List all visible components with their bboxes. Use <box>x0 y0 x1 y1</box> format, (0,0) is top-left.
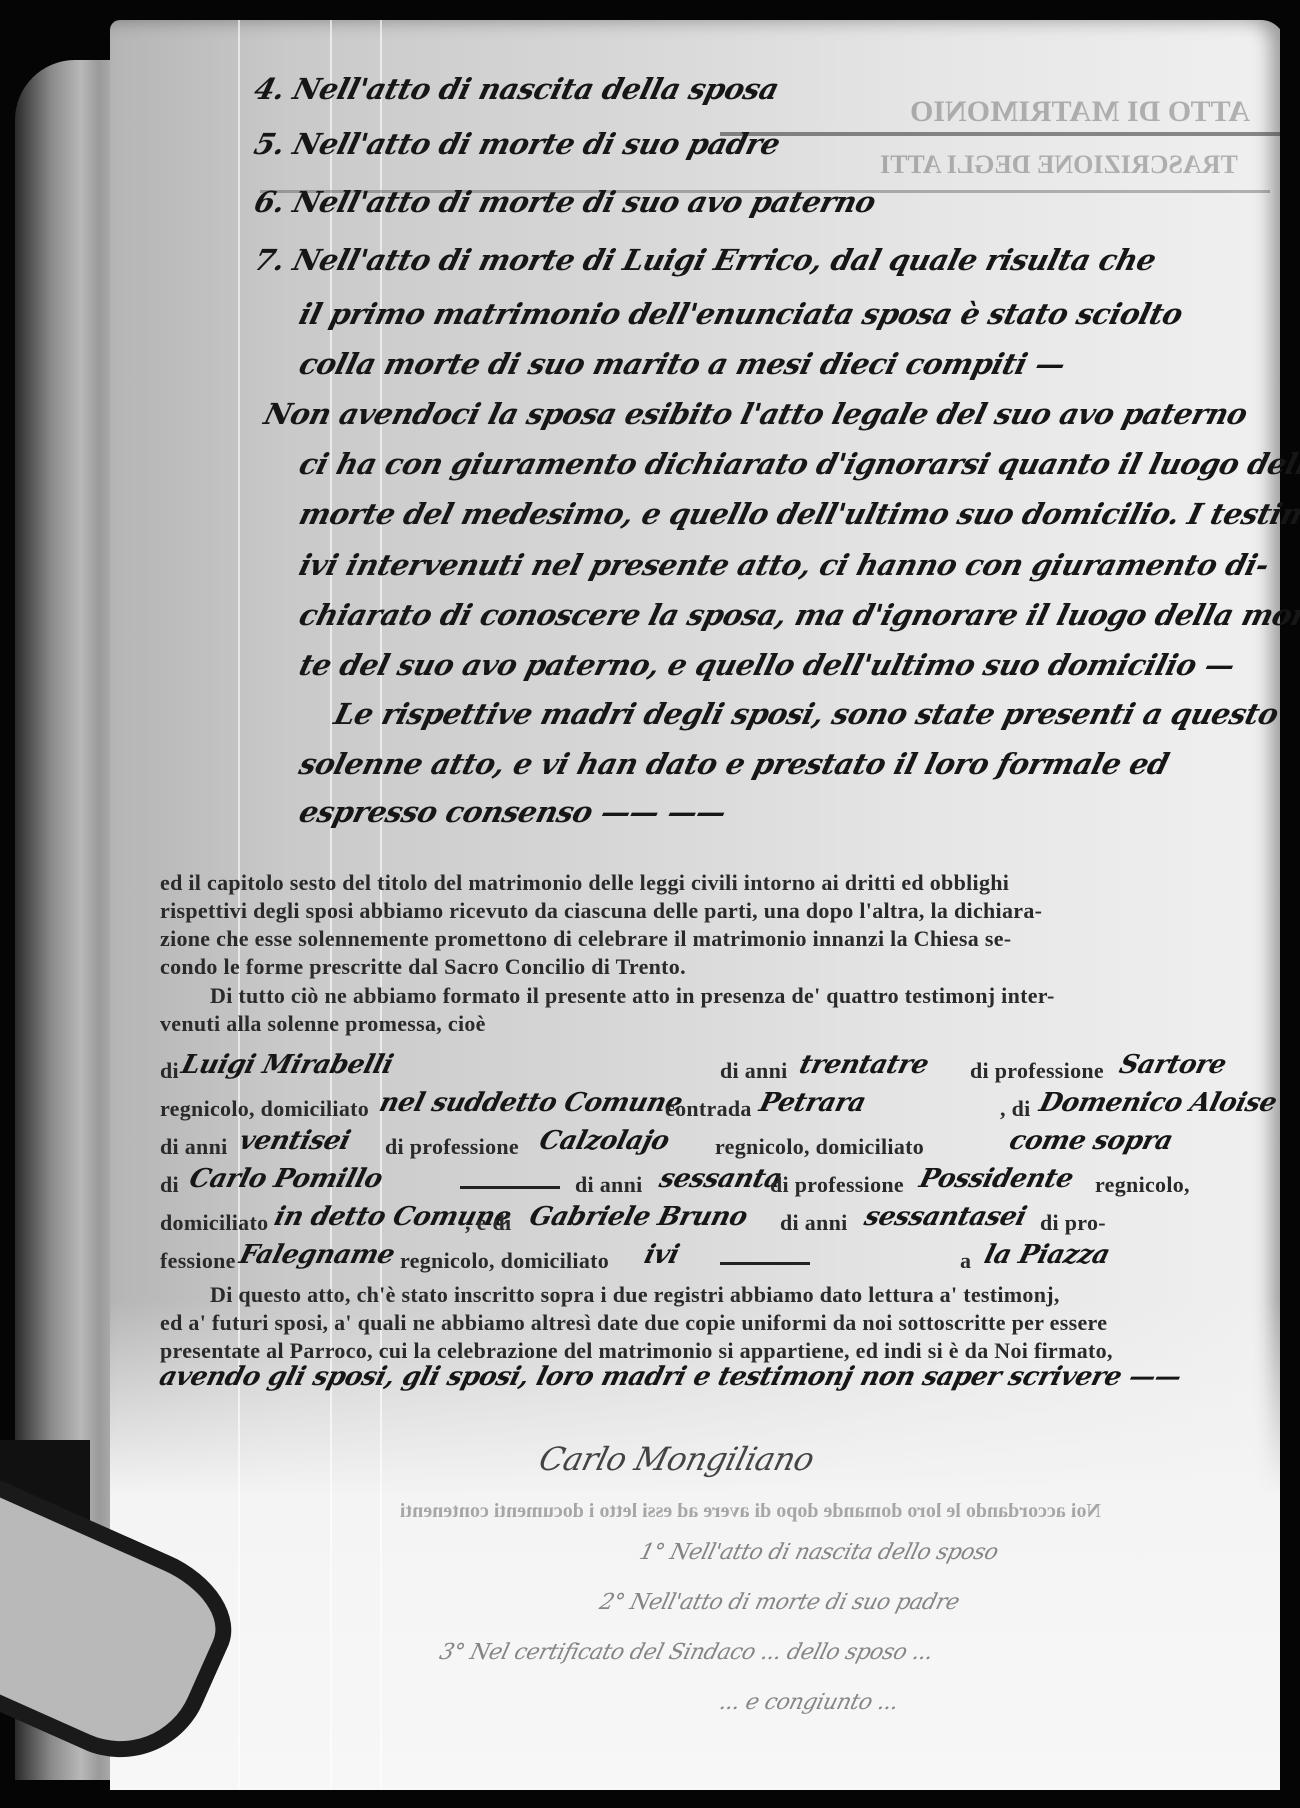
witness-street: Petrara <box>756 1088 868 1118</box>
handwritten-continuation: colla morte di suo marito a mesi dieci c… <box>296 347 1069 381</box>
witness-name: Carlo Pomillo <box>186 1164 385 1194</box>
witness-address: nel suddetto Comune <box>376 1088 685 1118</box>
witness-age: trentatre <box>796 1050 931 1080</box>
fill-line <box>720 1262 810 1265</box>
handwritten-line: Non avendoci la sposa esibito l'atto leg… <box>261 397 1251 431</box>
handwritten-item: 6. Nell'atto di morte di suo avo paterno <box>251 185 879 219</box>
handwritten-line: te del suo avo paterno, e quello dell'ul… <box>296 648 1238 682</box>
bleed-handwritten-line: 1° Nell'atto di nascita dello sposo <box>637 1540 1001 1565</box>
handwritten-line: espresso consenso —— —— <box>296 795 730 829</box>
bleed-handwritten-line: ... e congiunto ... <box>717 1690 901 1715</box>
handwritten-closing-note: avendo gli sposi, gli sposi, loro madri … <box>156 1362 1184 1392</box>
right-shadow <box>1280 0 1300 1808</box>
printed-line: condo le forme prescritte dal Sacro Conc… <box>160 954 686 980</box>
handwritten-item: 5. Nell'atto di morte di suo padre <box>251 127 784 161</box>
fill-line <box>460 1186 560 1189</box>
witness-profession: Sartore <box>1116 1050 1229 1080</box>
witness-address: come sopra <box>1006 1126 1175 1156</box>
printed-line: Di questo atto, ch'è stato inscritto sop… <box>210 1282 1060 1308</box>
handwritten-line: morte del medesimo, e quello dell'ultimo… <box>296 497 1300 531</box>
printed-line: venuti alla solenne promessa, cioè <box>160 1011 486 1037</box>
witness-profession: Falegname <box>236 1240 397 1270</box>
handwritten-continuation: il primo matrimonio dell'enunciata sposa… <box>296 297 1186 331</box>
bleed-handwritten-line: 3° Nel certificato del Sindaco ... dello… <box>437 1640 936 1665</box>
scan-background: ATTO DI MATRIMONIO TRASCRIZIONE DEGLI AT… <box>0 0 1300 1808</box>
bleed-handwritten-line: 2° Nell'atto di morte di suo padre <box>597 1590 962 1615</box>
printed-line: Di tutto ciò ne abbiamo formato il prese… <box>210 983 1055 1009</box>
printed-line: ed a' futuri sposi, a' quali ne abbiamo … <box>160 1310 1107 1336</box>
printed-line: presentate al Parroco, cui la celebrazio… <box>160 1338 1113 1364</box>
witness-age: sessantasei <box>861 1202 1029 1232</box>
witness-age: sessanta <box>656 1164 785 1194</box>
handwritten-line: chiarato di conoscere la sposa, ma d'ign… <box>296 598 1300 632</box>
printed-line: ed il capitolo sesto del titolo del matr… <box>160 870 1009 896</box>
official-signature: Carlo Mongiliano <box>535 1440 818 1478</box>
witness-profession: Possidente <box>916 1164 1076 1194</box>
handwritten-line: solenne atto, e vi han dato e prestato i… <box>296 747 1172 781</box>
witness-name: Domenico Aloise <box>1036 1088 1279 1118</box>
printed-line: rispettivi degli sposi abbiamo ricevuto … <box>160 898 1042 924</box>
handwritten-item: 4. Nell'atto di nascita della sposa <box>251 72 783 106</box>
bleed-printed-line: Noi accordando le loro domande dopo di a… <box>400 1500 1101 1523</box>
handwritten-line: ivi intervenuti nel presente atto, ci ha… <box>296 548 1273 582</box>
handwritten-line: ci ha con giuramento dichiarato d'ignora… <box>296 447 1300 481</box>
printed-line: zione che esse solennemente promettono d… <box>160 926 1011 952</box>
bleed-rule <box>720 132 1280 136</box>
witness-profession: Calzolajo <box>536 1126 672 1156</box>
witness-name: Gabriele Bruno <box>526 1202 750 1232</box>
bleed-header-2: TRASCRIZIONE DEGLI ATTI <box>880 150 1238 180</box>
bleed-header-1: ATTO DI MATRIMONIO <box>910 95 1250 129</box>
witness-age: ventisei <box>236 1126 353 1156</box>
handwritten-item: 7. Nell'atto di morte di Luigi Errico, d… <box>251 243 1160 277</box>
handwritten-line: Le rispettive madri degli sposi, sono st… <box>331 697 1282 731</box>
witness-street: la Piazza <box>981 1240 1112 1270</box>
witness-name: Luigi Mirabelli <box>178 1050 396 1080</box>
